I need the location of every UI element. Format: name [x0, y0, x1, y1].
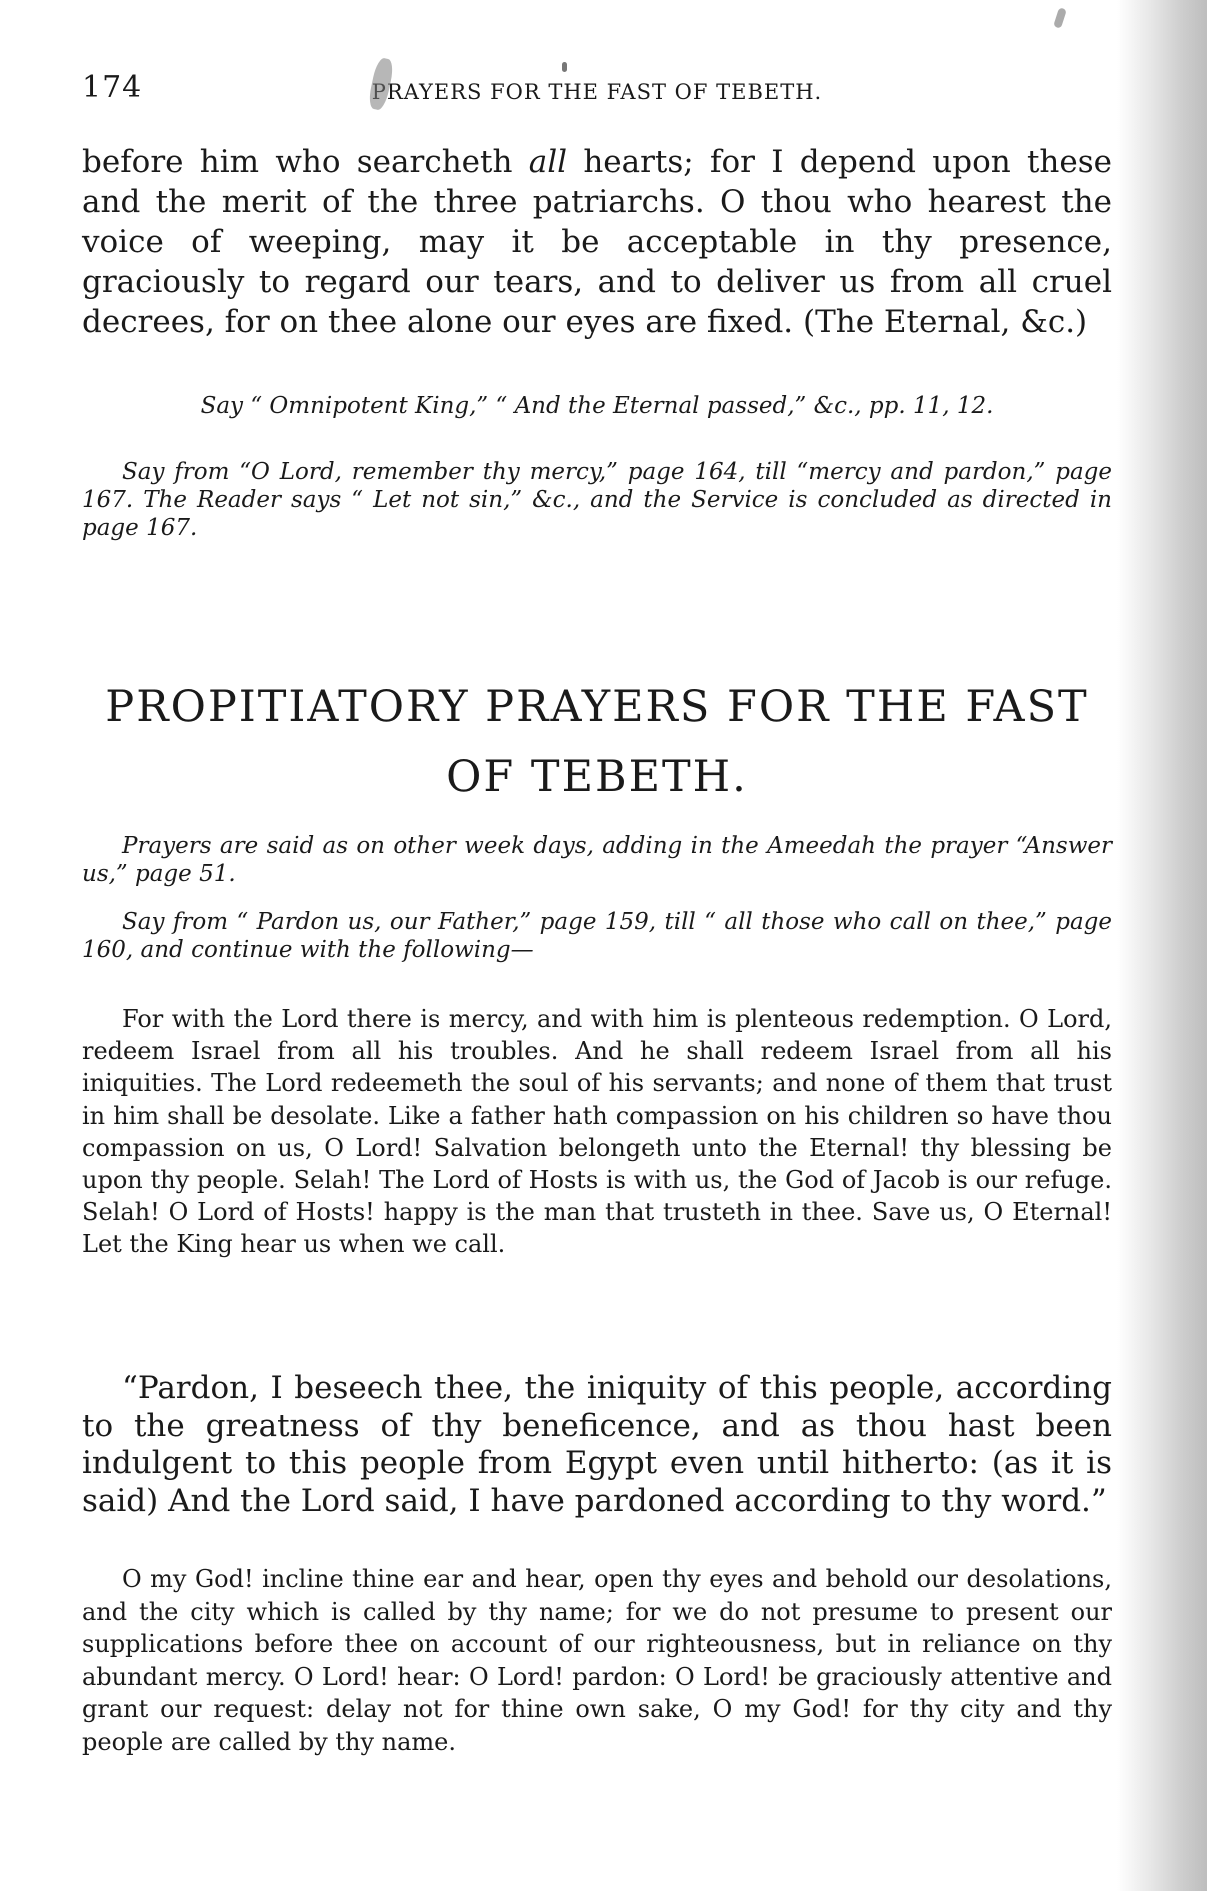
italic-emphasis: all	[529, 144, 567, 180]
running-header: 174 PRAYERS FOR THE FAST OF TEBETH.	[82, 70, 1112, 110]
ink-dot	[562, 62, 567, 72]
text-run: before him who searcheth	[82, 144, 529, 180]
continuation-paragraph: before him who searcheth all hearts; for…	[82, 142, 1112, 342]
paragraph-incline-ear: O my God! incline thine ear and hear, op…	[82, 1563, 1112, 1758]
section-title-line-2: OF TEBETH.	[82, 742, 1112, 812]
rubric-pardon-us: Say from “ Pardon us, our Father,” page …	[82, 908, 1112, 964]
paragraph-mercy-redemption: For with the Lord there is mercy, and wi…	[82, 1003, 1112, 1261]
running-title: PRAYERS FOR THE FAST OF TEBETH.	[82, 80, 1112, 104]
paragraph-pardon-quote: “Pardon, I beseech thee, the iniquity of…	[82, 1370, 1112, 1520]
section-title-line-1: PROPITIATORY PRAYERS FOR THE FAST	[82, 672, 1112, 742]
rubric-remember-mercy: Say from “O Lord, remember thy mercy,” p…	[82, 458, 1112, 542]
ink-blot	[1053, 7, 1067, 28]
rubric-omnipotent-king: Say “ Omnipotent King,” “ And the Eterna…	[82, 392, 1112, 420]
section-title: PROPITIATORY PRAYERS FOR THE FAST OF TEB…	[82, 672, 1112, 812]
book-gutter-shadow	[1117, 0, 1207, 1891]
rubric-weekday-prayers: Prayers are said as on other week days, …	[82, 832, 1112, 888]
